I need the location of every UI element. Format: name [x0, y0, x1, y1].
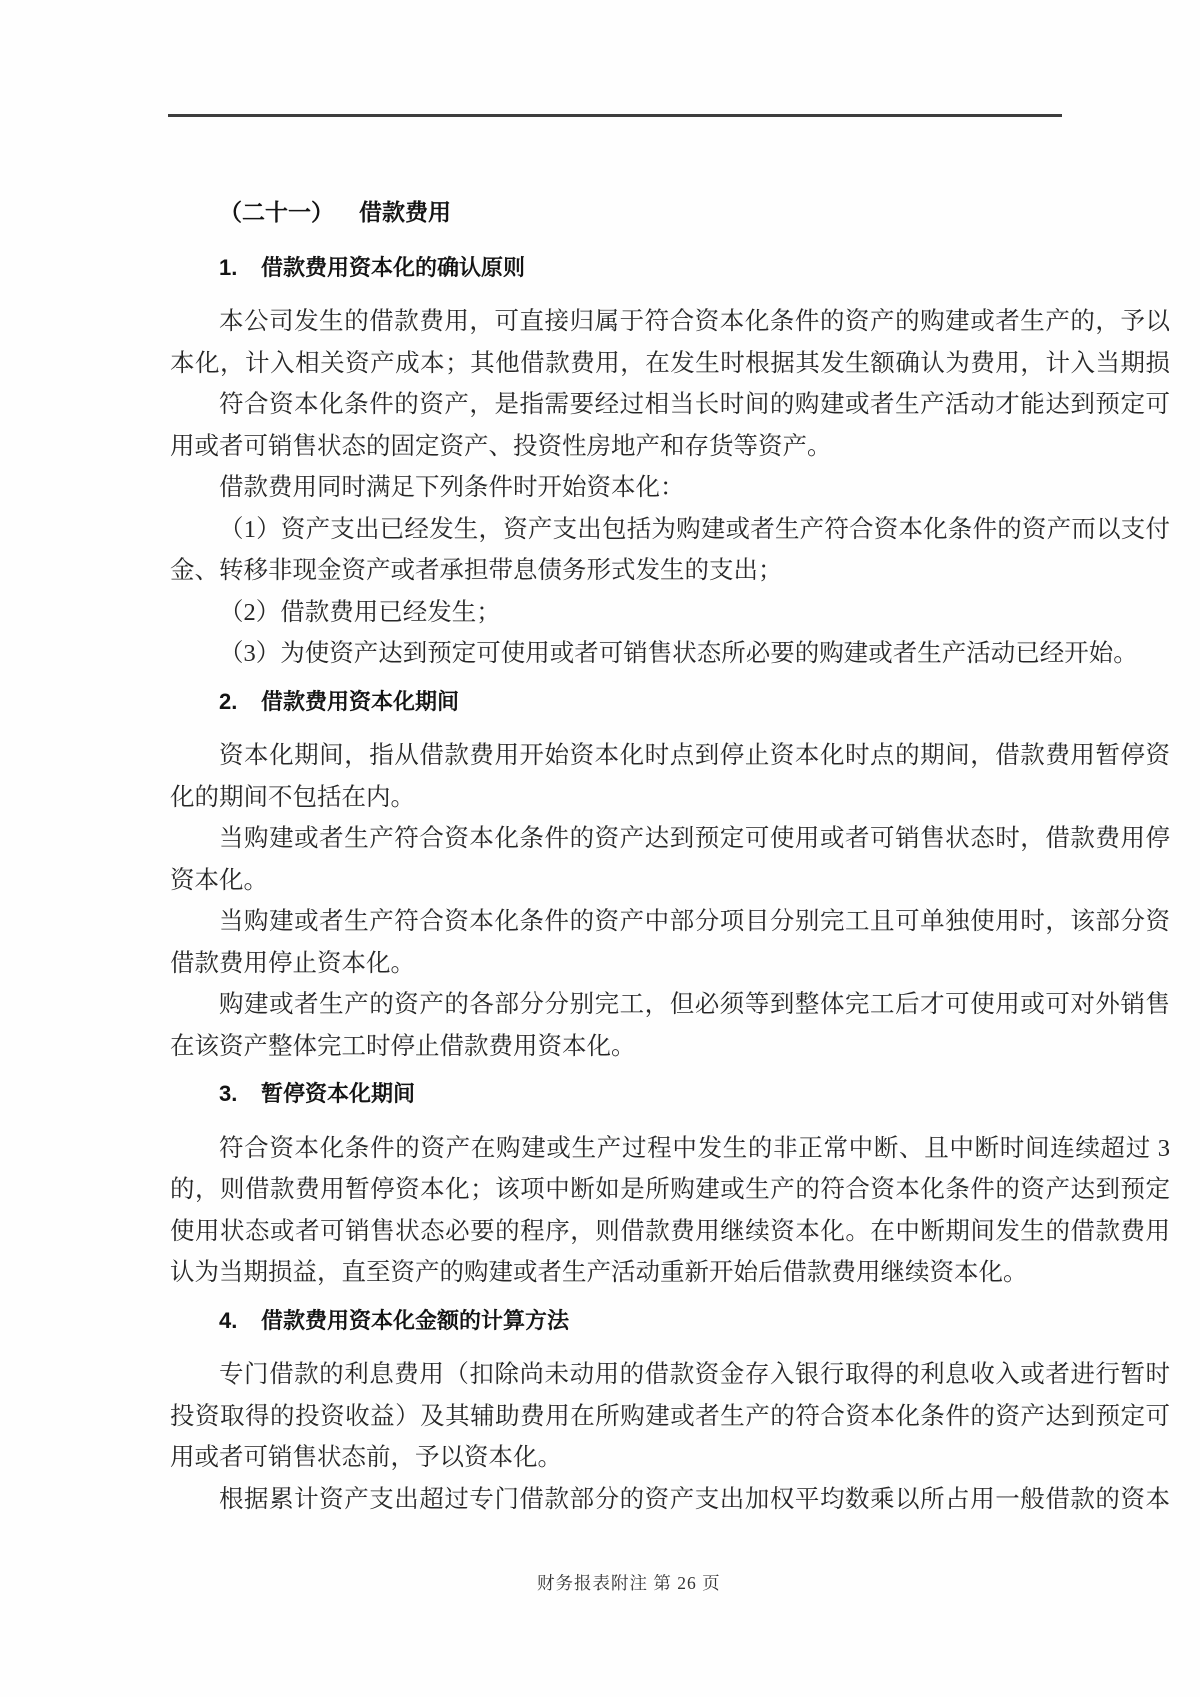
- text-line: 根据累计资产支出超过专门借款部分的资产支出加权平均数乘以所占用一般借款的资本化: [170, 1479, 1170, 1521]
- page-footer: 财务报表附注 第 26 页: [537, 1572, 721, 1594]
- section-title: （二十一）借款费用: [170, 192, 1170, 234]
- document-page: （二十一）借款费用 1.借款费用资本化的确认原则本公司发生的借款费用，可直接归属…: [0, 0, 1200, 1697]
- subsection-number: 4.: [219, 1300, 261, 1342]
- subsection-heading: 2.借款费用资本化期间: [170, 681, 1170, 723]
- text-line: 本化，计入相关资产成本；其他借款费用，在发生时根据其发生额确认为费用，计入当期损…: [170, 343, 1170, 385]
- text-line: 资本化期间，指从借款费用开始资本化时点到停止资本化时点的期间，借款费用暂停资本: [170, 735, 1170, 777]
- subsections-container: 1.借款费用资本化的确认原则本公司发生的借款费用，可直接归属于符合资本化条件的资…: [170, 247, 1170, 1521]
- text-line: 金、转移非现金资产或者承担带息债务形式发生的支出；: [170, 550, 1170, 592]
- text-line: 购建或者生产的资产的各部分分别完工，但必须等到整体完工后才可使用或可对外销售的，: [170, 984, 1170, 1026]
- subsection-heading-label: 暂停资本化期间: [261, 1081, 415, 1106]
- section-title-label: 借款费用: [359, 199, 451, 225]
- text-line: 投资取得的投资收益）及其辅助费用在所购建或者生产的符合资本化条件的资产达到预定可…: [170, 1396, 1170, 1438]
- subsection-heading: 1.借款费用资本化的确认原则: [170, 247, 1170, 289]
- text-line: 的，则借款费用暂停资本化；该项中断如是所购建或生产的符合资本化条件的资产达到预定…: [170, 1169, 1170, 1211]
- text-line: 借款费用停止资本化。: [170, 943, 1170, 985]
- text-line: 本公司发生的借款费用，可直接归属于符合资本化条件的资产的购建或者生产的，予以资: [170, 301, 1170, 343]
- text-line: 认为当期损益，直至资产的购建或者生产活动重新开始后借款费用继续资本化。: [170, 1252, 1170, 1294]
- text-line: 用或者可销售状态的固定资产、投资性房地产和存货等资产。: [170, 426, 1170, 468]
- text-line: 当购建或者生产符合资本化条件的资产达到预定可使用或者可销售状态时，借款费用停止: [170, 818, 1170, 860]
- subsection-number: 1.: [219, 247, 261, 289]
- subsection-heading: 3.暂停资本化期间: [170, 1073, 1170, 1115]
- text-line: 使用状态或者可销售状态必要的程序，则借款费用继续资本化。在中断期间发生的借款费用…: [170, 1211, 1170, 1253]
- text-line: 符合资本化条件的资产，是指需要经过相当长时间的购建或者生产活动才能达到预定可使: [170, 384, 1170, 426]
- text-line: 资本化。: [170, 860, 1170, 902]
- text-line: 在该资产整体完工时停止借款费用资本化。: [170, 1026, 1170, 1068]
- document-content: （二十一）借款费用 1.借款费用资本化的确认原则本公司发生的借款费用，可直接归属…: [170, 192, 1170, 1520]
- subsection-heading-label: 借款费用资本化金额的计算方法: [261, 1308, 569, 1333]
- text-line: （3）为使资产达到预定可使用或者可销售状态所必要的购建或者生产活动已经开始。: [170, 633, 1170, 675]
- text-line: （2）借款费用已经发生；: [170, 592, 1170, 634]
- subsection-heading: 4.借款费用资本化金额的计算方法: [170, 1300, 1170, 1342]
- header-divider: [168, 114, 1062, 117]
- text-line: 当购建或者生产符合资本化条件的资产中部分项目分别完工且可单独使用时，该部分资产: [170, 901, 1170, 943]
- subsection-number: 3.: [219, 1073, 261, 1115]
- text-line: 专门借款的利息费用（扣除尚未动用的借款资金存入银行取得的利息收入或者进行暂时性: [170, 1354, 1170, 1396]
- text-line: 化的期间不包括在内。: [170, 777, 1170, 819]
- subsection-heading-label: 借款费用资本化期间: [261, 689, 459, 714]
- text-line: 借款费用同时满足下列条件时开始资本化：: [170, 467, 1170, 509]
- section-title-number: （二十一）: [219, 192, 334, 234]
- text-line: （1）资产支出已经发生，资产支出包括为购建或者生产符合资本化条件的资产而以支付现: [170, 509, 1170, 551]
- text-line: 符合资本化条件的资产在购建或生产过程中发生的非正常中断、且中断时间连续超过 3 …: [170, 1128, 1170, 1170]
- subsection-number: 2.: [219, 681, 261, 723]
- text-line: 用或者可销售状态前，予以资本化。: [170, 1437, 1170, 1479]
- subsection-heading-label: 借款费用资本化的确认原则: [261, 255, 525, 280]
